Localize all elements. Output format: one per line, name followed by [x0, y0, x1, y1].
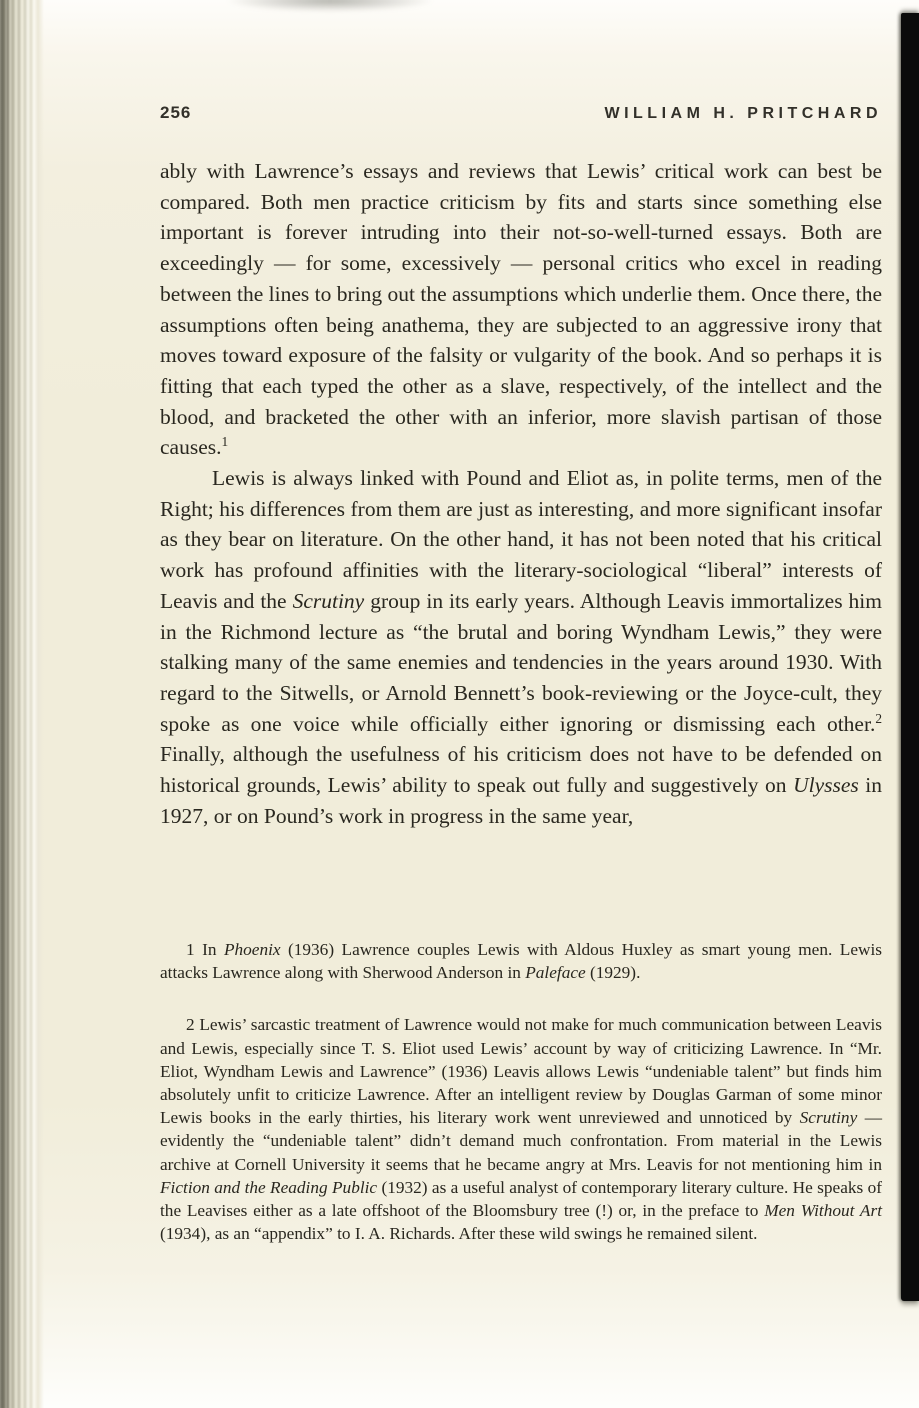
page-number: 256 [160, 103, 191, 123]
body-paragraph: Lewis is always linked with Pound and El… [160, 463, 882, 831]
footnote-marker: 1 [222, 434, 229, 449]
footnote-2: 2 Lewis’ sarcastic treatment of Lawrence… [160, 1013, 882, 1245]
italic-title: Scrutiny [293, 589, 365, 613]
italic-title: Men Without Art [764, 1201, 882, 1220]
italic-title: Ulysses [793, 773, 859, 797]
footnotes: 1 In Phoenix (1936) Lawrence couples Lew… [160, 938, 882, 1245]
italic-title: Paleface [525, 963, 585, 982]
footnote-marker: 2 [875, 711, 882, 726]
body-text: ably with Lawrence’s essays and reviews … [160, 156, 882, 831]
body-paragraph: ably with Lawrence’s essays and reviews … [160, 156, 882, 463]
italic-title: Fiction and the Reading Public [160, 1178, 377, 1197]
running-title: WILLIAM H. PRITCHARD [604, 105, 882, 123]
italic-title: Phoenix [224, 940, 281, 959]
footnote-1: 1 In Phoenix (1936) Lawrence couples Lew… [160, 938, 882, 984]
text-run: ably with Lawrence’s essays and reviews … [160, 159, 882, 459]
text-run: (1929). [586, 963, 641, 982]
text-run: Finally, although the usefulness of his … [160, 742, 882, 797]
scan-shadow [225, 0, 435, 12]
text-run: (1934), as an “appendix” to I. A. Richar… [160, 1224, 758, 1243]
book-binding-edge [0, 0, 44, 1408]
text-run: 1 In [186, 940, 224, 959]
scanned-book-page: { "page": { "colors": { "paper": "#f1edd… [0, 0, 919, 1408]
italic-title: Scrutiny [800, 1108, 858, 1127]
scan-edge-bar [901, 13, 919, 1301]
text-run: 2 Lewis’ sarcastic treatment of Lawrence… [160, 1015, 882, 1127]
running-header: 256 WILLIAM H. PRITCHARD [160, 103, 882, 123]
